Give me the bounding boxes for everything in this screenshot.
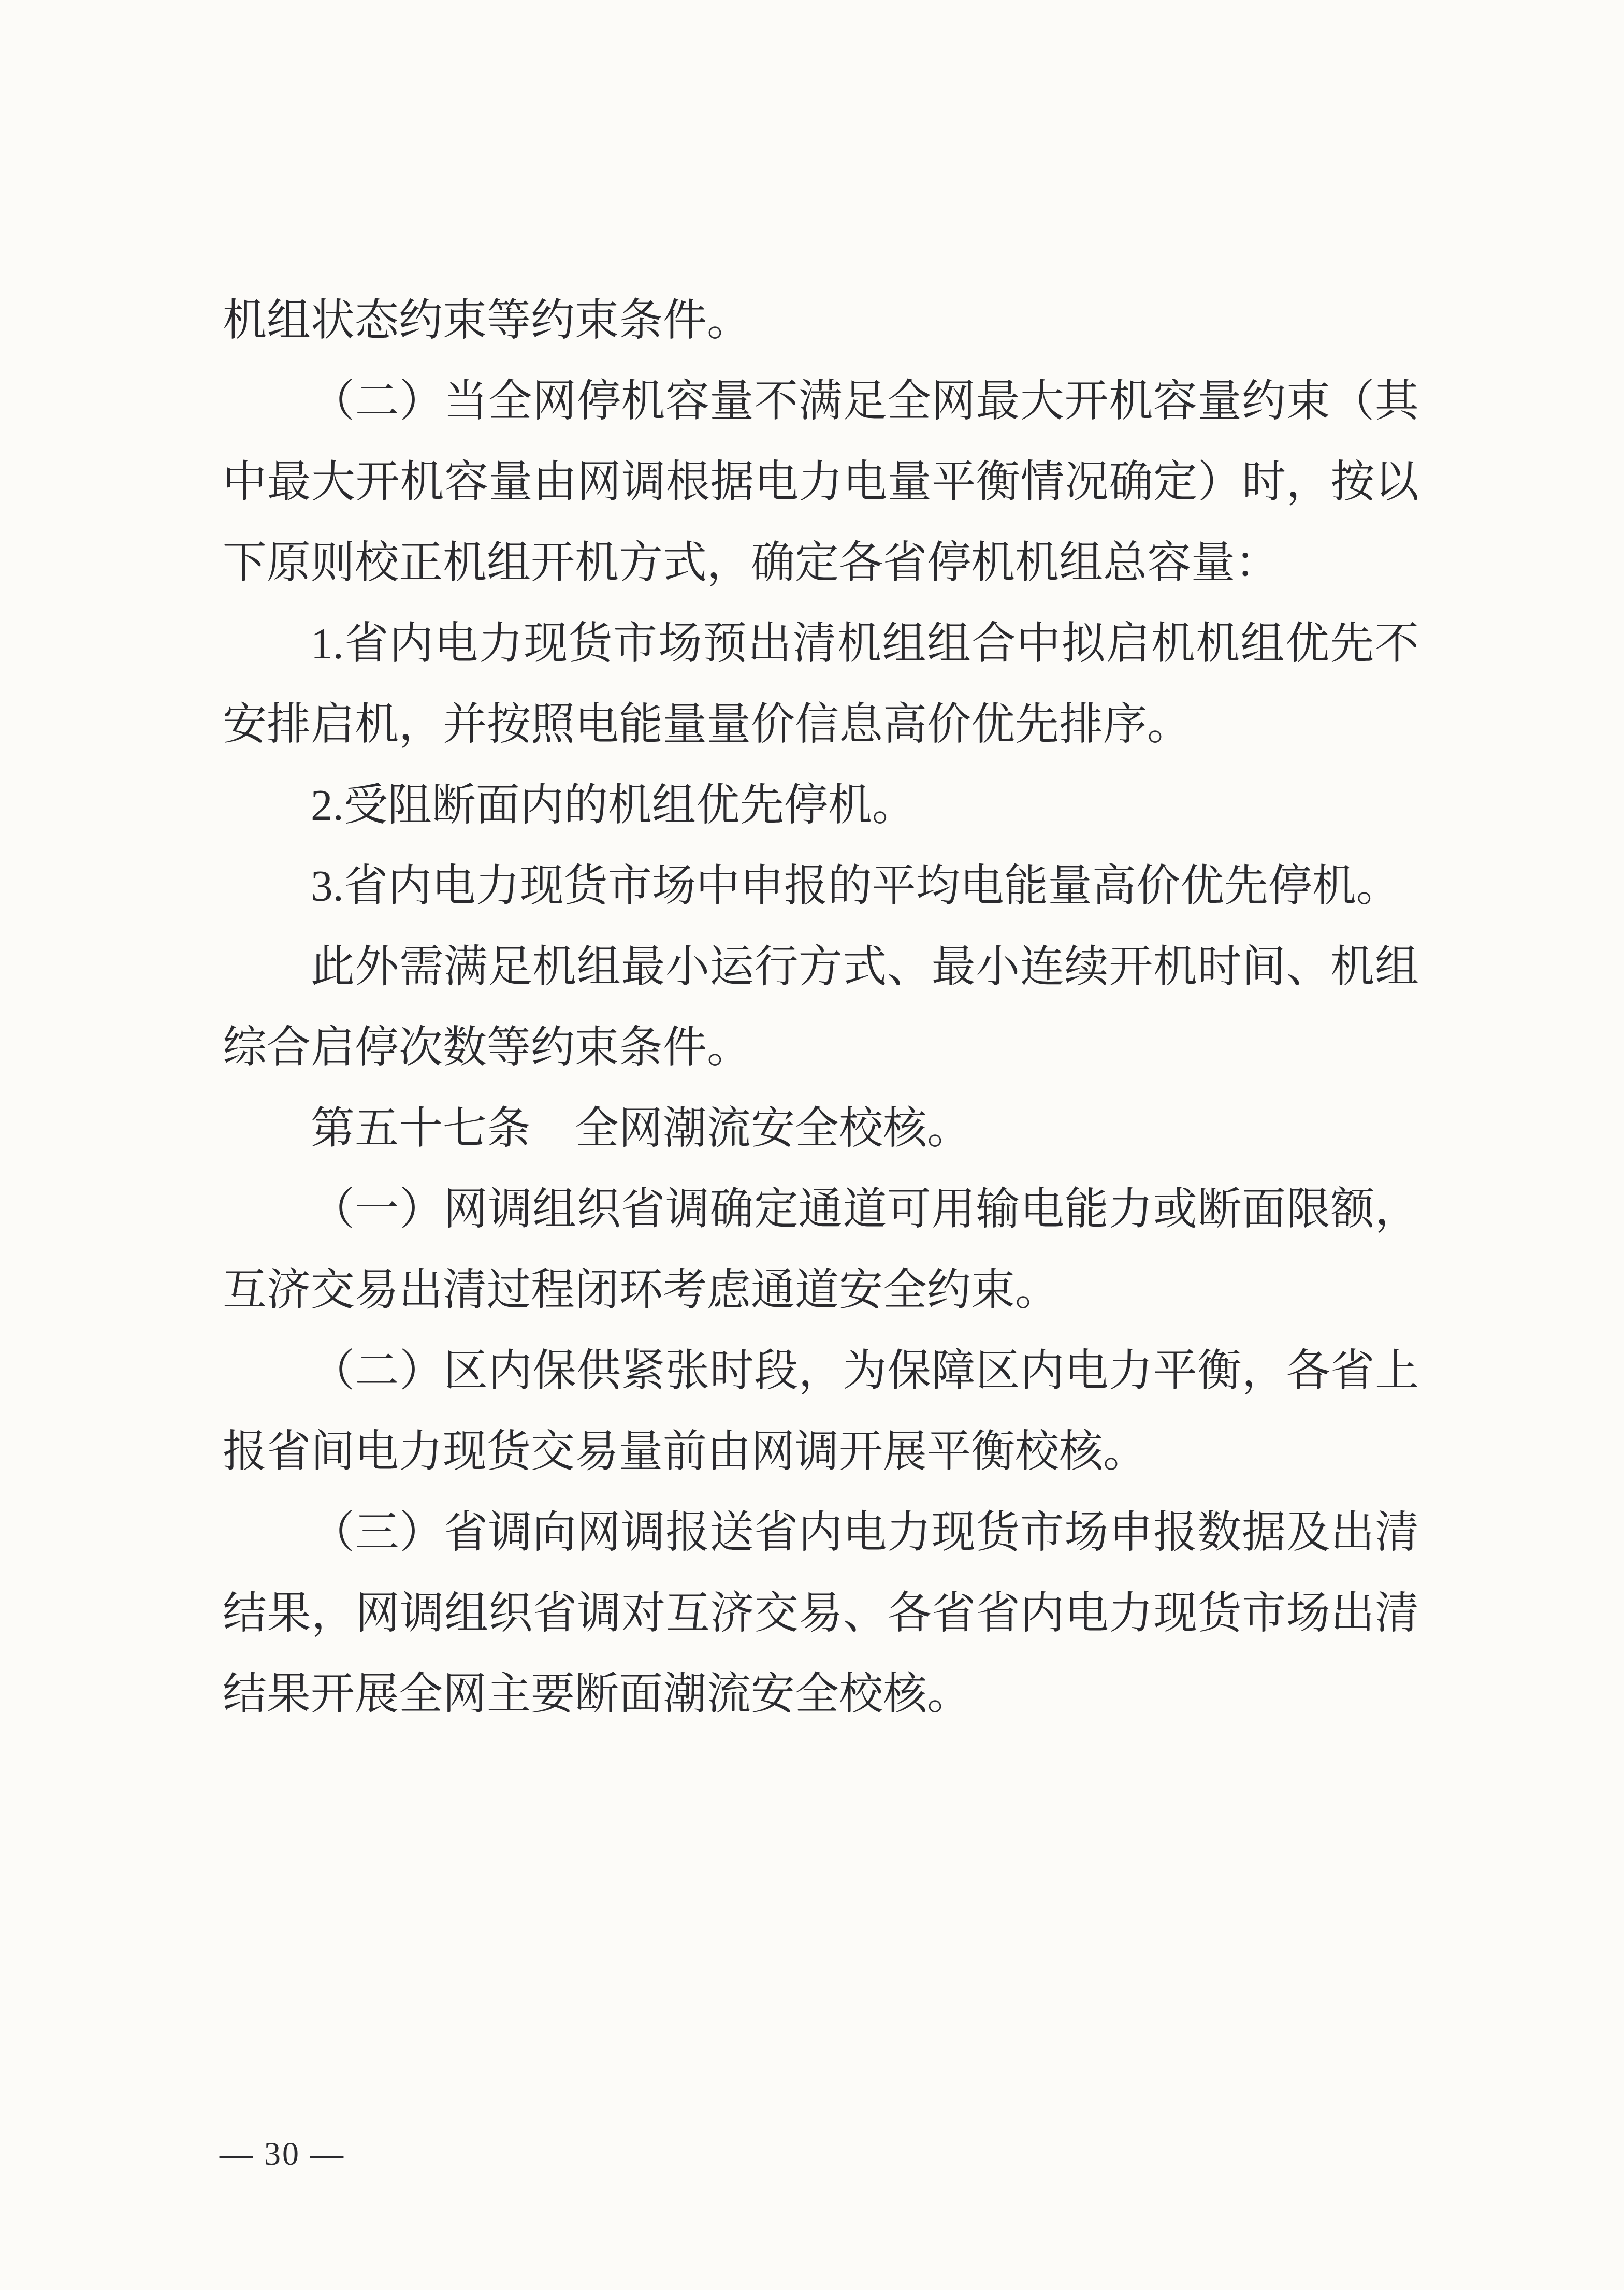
text-line: （三）省调向网调报送省内电力现货市场申报数据及出清 <box>223 1492 1419 1573</box>
text-line: 机组状态约束等约束条件。 <box>223 280 1419 361</box>
text-line: 1.省内电力现货市场预出清机组组合中拟启机机组优先不 <box>223 603 1419 684</box>
text-line: 结果，网调组织省调对互济交易、各省省内电力现货市场出清 <box>223 1573 1419 1654</box>
text-line: （一）网调组织省调确定通道可用输电能力或断面限额， <box>223 1169 1419 1250</box>
text-line: 结果开展全网主要断面潮流安全校核。 <box>223 1654 1419 1735</box>
text-line: 报省间电力现货交易量前由网调开展平衡校核。 <box>223 1412 1419 1492</box>
text-line: 综合启停次数等约束条件。 <box>223 1007 1419 1088</box>
text-line: （二）区内保供紧张时段，为保障区内电力平衡，各省上 <box>223 1331 1419 1412</box>
text-line: 第五十七条 全网潮流安全校核。 <box>223 1088 1419 1169</box>
document-page: 机组状态约束等约束条件。 （二）当全网停机容量不满足全网最大开机容量约束（其 中… <box>0 0 1624 2290</box>
text-line: 此外需满足机组最小运行方式、最小连续开机时间、机组 <box>223 927 1419 1007</box>
text-line: （二）当全网停机容量不满足全网最大开机容量约束（其 <box>223 361 1419 442</box>
text-line: 安排启机，并按照电能量量价信息高价优先排序。 <box>223 684 1419 765</box>
text-line: 3.省内电力现货市场中申报的平均电能量高价优先停机。 <box>223 846 1419 927</box>
text-line: 2.受阻断面内的机组优先停机。 <box>223 765 1419 846</box>
text-line: 互济交易出清过程闭环考虑通道安全约束。 <box>223 1250 1419 1331</box>
page-number: — 30 — <box>220 2133 345 2174</box>
page-body: 机组状态约束等约束条件。 （二）当全网停机容量不满足全网最大开机容量约束（其 中… <box>223 280 1419 1735</box>
text-line: 中最大开机容量由网调根据电力电量平衡情况确定）时，按以 <box>223 442 1419 523</box>
text-line: 下原则校正机组开机方式，确定各省停机机组总容量： <box>223 523 1419 603</box>
